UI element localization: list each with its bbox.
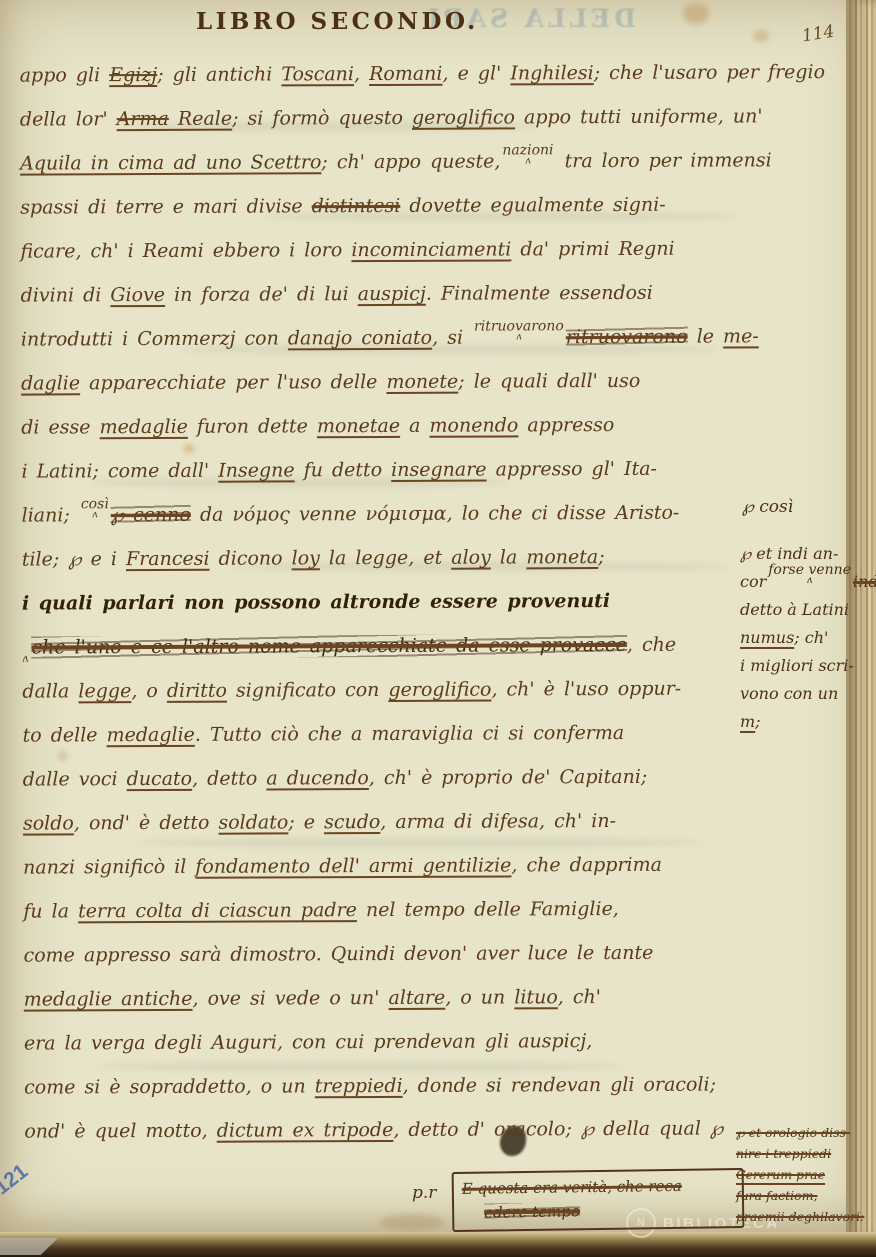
text-segment: Cererum prae [736, 1167, 825, 1182]
text-segment: , ch' è l'uso oppur- [491, 678, 681, 701]
text-segment: , che dapprima [511, 854, 662, 877]
text-segment: . Finalmente essendosi [426, 282, 653, 305]
text-segment: , ond' è detto [74, 812, 219, 835]
text-segment: to delle [23, 724, 107, 746]
text-segment: detto à Latini [740, 600, 849, 619]
text-segment: ritruovarono [474, 321, 564, 331]
text-line: spassi di terre e mari divise distintesi… [20, 182, 738, 229]
text-line: i Latini; come dall' Insegne fu detto in… [21, 446, 739, 493]
text-line: ℘ et orologio diss- [736, 1122, 876, 1143]
text-segment: geroglifico [388, 679, 491, 701]
text-segment: ; ch' [794, 628, 828, 647]
text-segment: , [354, 63, 369, 85]
text-segment: i Latini; come dall' [21, 460, 218, 483]
text-segment: ficare, ch' i Reami ebbero i loro [20, 239, 351, 262]
text-segment: monendo [429, 414, 518, 436]
text-line: liani; cosìʌ℘ cenno da νόμος venne νόμισ… [22, 490, 740, 537]
text-line: daglie apparecchiate per l'uso delle mon… [21, 358, 739, 405]
text-segment: m [740, 712, 755, 731]
text-segment: apparecchiate per l'uso delle [80, 371, 386, 394]
page-title: LIBRO SECONDO. [196, 8, 479, 35]
text-segment: da νόμος venne νόμισμα, lo che ci disse … [191, 502, 679, 526]
text-line: soldo, ond' è detto soldato; e scudo, ar… [23, 798, 741, 845]
text-line: introdutti i Commerzj con danajo coniato… [21, 314, 739, 361]
text-line: ℘ così [742, 494, 793, 520]
text-segment: Giove [110, 284, 165, 306]
text-segment: dicono [209, 547, 291, 569]
text-segment: monetae [317, 415, 400, 437]
text-segment: dalla [22, 680, 78, 702]
text-segment: a [400, 415, 430, 437]
text-line: ʌche l'uno e ce l'altro nome apparecchia… [22, 622, 740, 669]
text-segment: fondamento dell' armi gentilizie [195, 854, 511, 877]
text-line: Cererum prae [736, 1164, 876, 1185]
text-line: vono con un [740, 680, 874, 708]
text-segment: fu detto [295, 459, 392, 481]
text-segment: ; [755, 712, 760, 731]
text-segment: spassi di terre e mari divise [20, 195, 311, 218]
text-segment: era la verga degli Auguri, con cui prend… [24, 1030, 592, 1054]
text-segment: forse venne [768, 565, 851, 575]
text-segment: ʌ [22, 652, 28, 665]
text-segment: Inghilesi [510, 62, 593, 84]
text-segment: fu la [23, 900, 78, 922]
text-segment: auspicj [358, 283, 426, 305]
text-segment: dovette egualmente signi- [400, 194, 665, 217]
text-segment: ℘ et orologio diss- [736, 1125, 850, 1140]
text-segment: geroglifico [412, 106, 515, 128]
text-segment: appo gli [20, 64, 110, 86]
text-segment: ℘ cenno [111, 504, 191, 526]
text-segment: legge [78, 680, 131, 702]
text-segment: medaglie antiche [24, 988, 193, 1011]
text-segment: Romani [369, 63, 443, 85]
foxing-stain [683, 4, 709, 24]
text-segment: medaglie [106, 724, 194, 746]
text-line: nanzi significò il fondamento dell' armi… [23, 842, 741, 889]
manuscript-text-block: appo gli Egizj; gli antichi Toscani, Rom… [20, 50, 743, 1153]
text-segment: tra loro per immensi [555, 149, 771, 172]
interlinear-insertion: nazioniʌ [502, 154, 553, 166]
text-segment: ; [598, 546, 605, 568]
text-segment: liani; [22, 504, 79, 526]
text-segment: a ducendo [266, 767, 369, 789]
text-line: m; [740, 708, 874, 736]
text-segment: moneta [526, 546, 598, 568]
text-segment: soldo [23, 812, 74, 834]
interlinear-insertion: ritruovaronoʌ [474, 330, 564, 342]
text-segment: , detto d' oracolo; ℘ della qual ℘ [393, 1118, 723, 1141]
text-segment: fura factiom, [736, 1188, 818, 1203]
text-segment: la [491, 546, 527, 568]
caret-icon: ʌ [81, 514, 109, 516]
text-segment: monete [386, 371, 458, 393]
text-segment: incominciamenti [351, 238, 511, 261]
text-segment: Reale [169, 108, 232, 130]
text-segment: , detto [192, 768, 266, 790]
text-segment: Francesi [126, 548, 210, 570]
text-segment: di esse [21, 416, 99, 438]
text-segment: aloy [451, 547, 491, 569]
text-segment: Arma [117, 108, 169, 130]
text-segment: ℘ così [742, 497, 793, 517]
text-segment: dalle voci [23, 768, 127, 790]
text-segment: ; che l'usaro per fregio [594, 61, 825, 84]
text-line: ond' è quel motto, dictum ex tripode, de… [24, 1106, 742, 1153]
text-segment: appresso [518, 414, 614, 436]
text-segment: treppiedi [315, 1075, 403, 1097]
text-line: divini di Giove in forza de' di lui ausp… [21, 270, 739, 317]
text-segment: ducato [127, 768, 193, 790]
text-line: dalla legge, o diritto significato con g… [22, 666, 740, 713]
margin-note-bottom: ℘ et orologio diss-nire i treppiediCerer… [736, 1122, 876, 1227]
text-segment: da' primi Regni [511, 238, 674, 261]
text-segment: nazioni [502, 145, 553, 155]
text-line: come si è sopraddetto, o un treppiedi, d… [24, 1062, 742, 1109]
text-line: edere tempo [484, 1197, 734, 1224]
caret-icon: ʌ [768, 580, 851, 582]
text-segment: E questa era verità, che reca [462, 1177, 682, 1198]
text-segment: ℘ et indi an- [740, 544, 838, 563]
text-line: numus; ch' [740, 624, 874, 652]
text-segment: le [688, 326, 724, 348]
text-line: Aquila in cima ad uno Scettro; ch' appo … [20, 138, 738, 185]
text-line: come appresso sarà dimostro. Quindi devo… [23, 930, 741, 977]
text-line: nire i treppiedi [736, 1143, 876, 1164]
text-line: i migliori scri- [740, 652, 874, 680]
text-segment: distintesi [312, 195, 401, 217]
text-segment: Egizj [109, 64, 157, 86]
text-segment: divini di [21, 284, 111, 306]
text-segment: come appresso sarà dimostro. Quindi devo… [23, 942, 653, 967]
foxing-stain [380, 1214, 444, 1230]
text-segment: della lor' [20, 108, 117, 130]
text-segment: che l'uno e ce l'altro nome apparecchiat… [31, 634, 627, 659]
text-line: dalle voci ducato, detto a ducendo, ch' … [23, 754, 741, 801]
text-line: medaglie antiche, ove si vede o un' alta… [24, 974, 742, 1021]
caret-icon: ʌ [502, 160, 553, 162]
text-segment: Insegne [218, 459, 294, 481]
foxing-stain [753, 30, 769, 42]
text-line: corforse venneʌindi avanzo [740, 568, 874, 596]
text-segment: loy [292, 547, 320, 569]
text-segment: i migliori scri- [740, 656, 854, 675]
text-segment: dictum ex tripode [217, 1119, 394, 1142]
boxed-deletion: E questa era verità, che recaedere tempo [452, 1168, 745, 1232]
text-line: detto à Latini [740, 596, 874, 624]
text-segment: numus [740, 628, 794, 647]
text-segment: vono con un [740, 684, 838, 703]
interlinear-insertion: cosìʌ [81, 508, 109, 520]
text-segment: ; le quali dall' uso [458, 370, 640, 393]
text-segment: nel tempo delle Famiglie, [357, 898, 619, 921]
text-segment: insegnare [391, 459, 486, 481]
text-segment: la legge, et [320, 547, 451, 570]
text-line: ficare, ch' i Reami ebbero i loro incomi… [20, 226, 738, 273]
text-segment: edere tempo [484, 1202, 580, 1221]
text-segment: praemii deghilavori: [736, 1209, 864, 1224]
text-segment: Aquila in cima ad uno Scettro [20, 151, 321, 174]
margin-note-numus: ℘ et indi an-corforse venneʌindi avanzod… [740, 540, 874, 736]
text-line: to delle medaglie. Tutto ciò che a marav… [22, 710, 740, 757]
margin-note-casi: ℘ così [742, 494, 793, 520]
text-segment: , donde si rendevan gli oracoli; [403, 1074, 716, 1097]
text-segment: appresso gl' Ita- [486, 458, 656, 481]
text-segment: , ch' [558, 986, 601, 1008]
text-segment: nire i treppiedi [736, 1146, 831, 1161]
text-segment: come si è sopraddetto, o un [24, 1075, 315, 1098]
text-line: i quali parlari non possono altronde ess… [22, 578, 740, 625]
text-segment: così [81, 499, 109, 509]
text-segment: scudo [324, 811, 380, 833]
text-segment: Toscani [281, 63, 354, 85]
text-segment: . Tutto ciò che a maraviglia ci si confe… [195, 722, 624, 746]
text-segment: lituo [514, 986, 558, 1008]
text-segment: furon dette [188, 415, 317, 438]
text-segment: i quali parlari non possono altronde ess… [22, 590, 610, 615]
text-segment: , e gl' [442, 62, 510, 84]
text-segment: nanzi significò il [23, 856, 195, 879]
text-line: fu la terra colta di ciascun padre nel t… [23, 886, 741, 933]
text-segment: , che [627, 634, 676, 656]
text-segment: medaglie [99, 416, 187, 438]
text-segment: significato con [227, 679, 389, 702]
text-line: era la verga degli Auguri, con cui prend… [24, 1018, 742, 1065]
manuscript-photo: DELLA SAPI LIBRO SECONDO. 114 appo gli E… [0, 0, 876, 1257]
text-segment: tile; ℘ e i [22, 548, 126, 570]
text-line: praemii deghilavori: [736, 1206, 876, 1227]
text-segment: indi avanzo [853, 572, 876, 591]
text-segment: ; gli antichi [157, 63, 281, 86]
text-segment: diritto [167, 680, 227, 702]
text-segment: , arma di difesa, ch' in- [380, 810, 616, 833]
text-line: della lor' Arma Reale; si formò questo g… [20, 94, 738, 141]
text-segment: altare [388, 987, 445, 1009]
text-line: appo gli Egizj; gli antichi Toscani, Rom… [20, 50, 738, 97]
catchword: p.r [412, 1183, 436, 1203]
text-segment: daglie [21, 372, 80, 394]
text-line: fura factiom, [736, 1185, 876, 1206]
text-segment: in forza de' di lui [165, 283, 358, 306]
text-segment: , o [131, 680, 167, 702]
text-segment: ond' è quel motto, [24, 1120, 216, 1143]
text-segment: ; ch' appo queste, [321, 150, 500, 173]
text-segment: ; si formò questo [232, 107, 412, 130]
text-segment: ritruovarono [566, 326, 688, 349]
text-segment: appo tutti uniforme, un' [515, 105, 763, 128]
text-line: tile; ℘ e i Francesi dicono loy la legge… [22, 534, 740, 581]
text-segment: , ch' è proprio de' Capitani; [369, 766, 648, 789]
text-segment: danajo coniato [288, 327, 432, 350]
text-segment: terra colta di ciascun padre [78, 899, 357, 922]
text-segment: , si [432, 327, 472, 349]
text-line: di esse medaglie furon dette monetae a m… [21, 402, 739, 449]
text-segment: introdutti i Commerzj con [21, 327, 288, 350]
text-segment: , o un [445, 986, 514, 1008]
caret-icon: ʌ [474, 336, 564, 338]
text-segment: , ove si vede o un' [192, 987, 388, 1010]
text-segment: cor [740, 572, 766, 591]
text-segment: ; e [288, 811, 324, 833]
interlinear-insertion: forse venneʌ [768, 574, 851, 586]
text-segment: soldato [218, 811, 288, 833]
text-segment: me- [723, 325, 759, 347]
